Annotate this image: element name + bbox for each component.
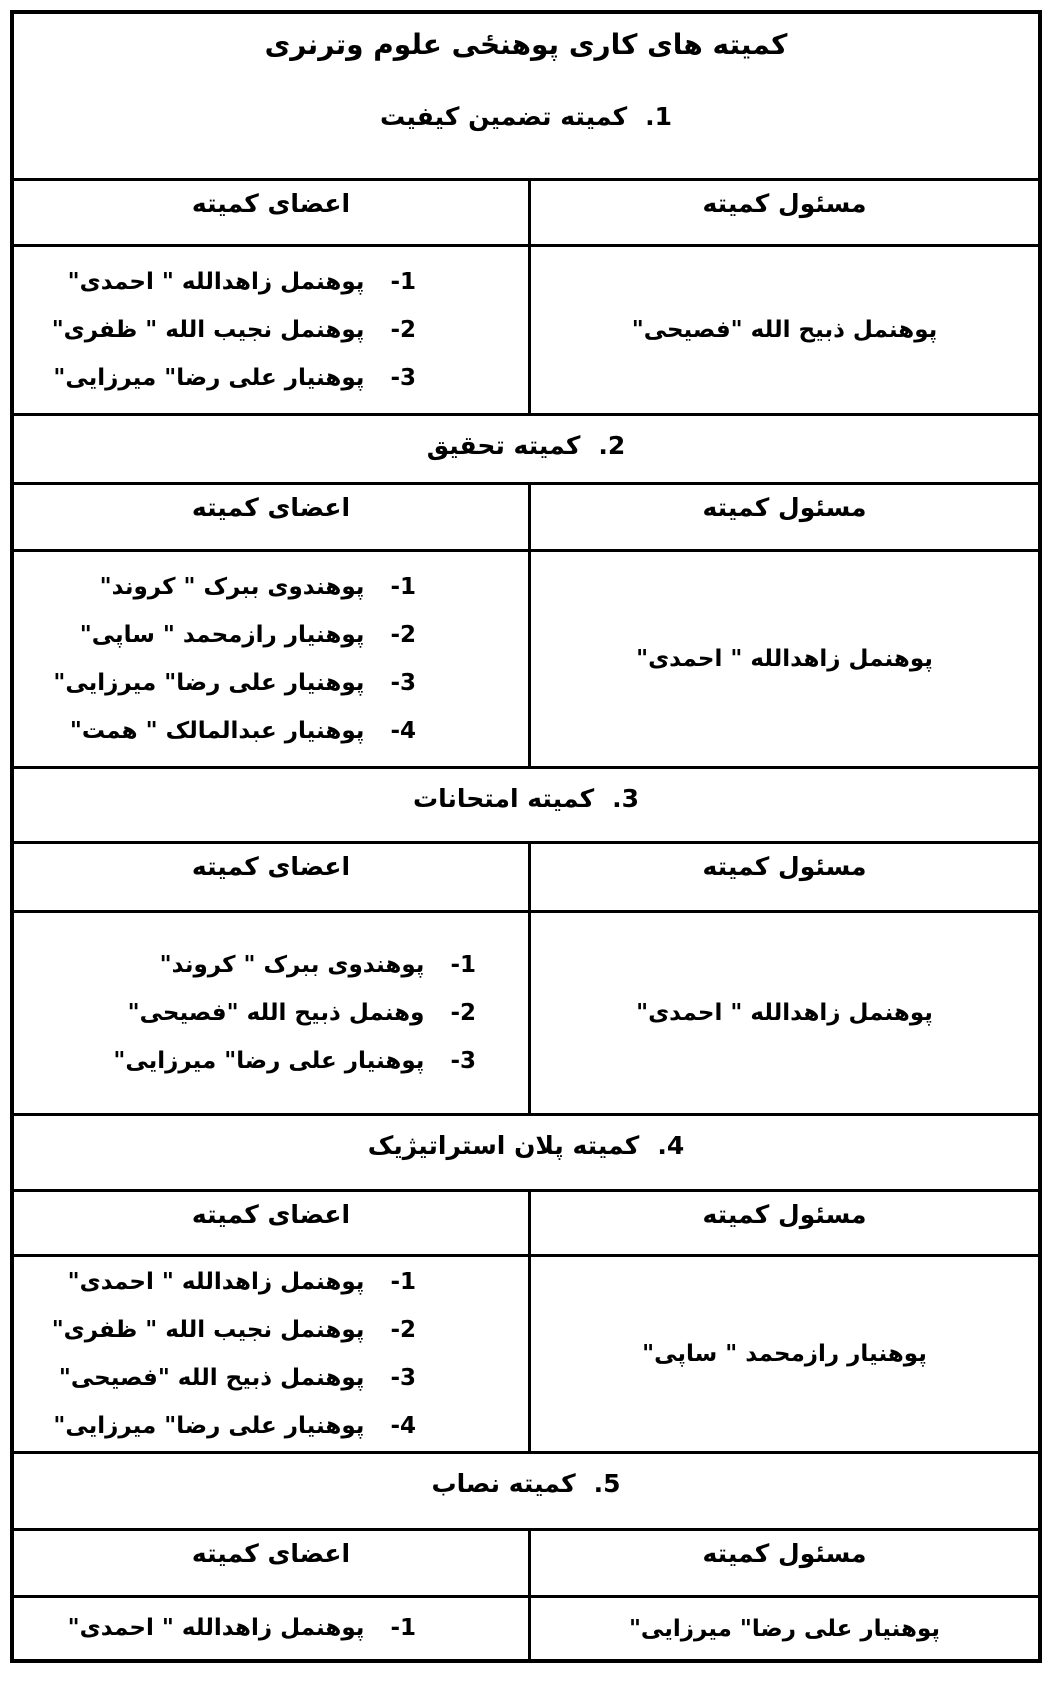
committee-4-heading: 4. کمیته پلان استراتیژیک [14, 1131, 1038, 1161]
member-name: پوهنمل زاهدالله " احمدی" [68, 1614, 365, 1643]
head-header-label: مسئول کمیته [702, 844, 866, 881]
members-header-label: اعضای کمیته [14, 1192, 528, 1254]
member-row: 2- وهنمل ذبیح الله "فصیحی" [14, 999, 528, 1028]
member-row: 2- پوهنمل نجیب الله " ظفری" [14, 316, 528, 345]
member-row: 3- پوهنیار علی رضا" میرزایی" [14, 1047, 528, 1076]
member-name: وهنمل ذبیح الله "فصیحی" [128, 999, 425, 1028]
member-name: پوهندوی ببرک " کروند" [100, 573, 365, 602]
member-name: پوهنمل زاهدالله " احمدی" [68, 1268, 365, 1297]
head-header-label: مسئول کمیته [702, 485, 866, 522]
members-cell: 1- پوهنمل زاهدالله " احمدی" 2- پوهنمل نج… [14, 247, 528, 413]
members-header-label: اعضای کمیته [14, 1531, 528, 1595]
member-row: 3- پوهنمل ذبیح الله "فصیحی" [14, 1364, 528, 1393]
members-header-label: اعضای کمیته [14, 181, 528, 244]
committee-3-heading: 3. کمیته امتحانات [14, 784, 1038, 814]
member-name: پوهنیار عبدالمالک " همت" [70, 717, 365, 746]
section-number: 3. [612, 784, 639, 814]
member-row: 2- پوهنمل نجیب الله " ظفری" [14, 1316, 528, 1345]
member-name: پوهنیار علی رضا" میرزایی" [113, 1047, 424, 1076]
member-number: 1- [390, 1268, 416, 1297]
member-row: 3- پوهنیار علی رضا" میرزایی" [14, 669, 528, 698]
member-name: پوهنمل نجیب الله " ظفری" [52, 1316, 365, 1345]
member-row: 4- پوهنیار عبدالمالک " همت" [14, 717, 528, 746]
committee-5-body-row: 1- پوهنمل زاهدالله " احمدی" پوهنیار علی … [14, 1595, 1038, 1659]
section-name: کمیته پلان استراتیژیک [368, 1131, 640, 1161]
members-cell: 1- پوهندوی ببرک " کروند" 2- وهنمل ذبیح ا… [14, 913, 528, 1113]
member-number: 3- [390, 364, 416, 393]
section-name: کمیته امتحانات [413, 784, 594, 814]
member-number: 1- [390, 573, 416, 602]
head-header-label: مسئول کمیته [702, 1192, 866, 1229]
members-cell: 1- پوهنمل زاهدالله " احمدی" [14, 1598, 528, 1659]
document-title: کمیته های کاری پوهنځی علوم وترنری [14, 28, 1038, 62]
committee-4-heading-row: 4. کمیته پلان استراتیژیک [14, 1113, 1038, 1189]
member-number: 4- [390, 1412, 416, 1441]
head-cell: پوهنیار علی رضا" میرزایی" [528, 1598, 1038, 1659]
committee-2-body-row: 1- پوهندوی ببرک " کروند" 2- پوهنیار رازم… [14, 549, 1038, 766]
head-cell: پوهنمل زاهدالله " احمدی" [528, 552, 1038, 766]
member-row: 1- پوهنمل زاهدالله " احمدی" [14, 1614, 528, 1643]
member-name: پوهنمل زاهدالله " احمدی" [68, 268, 365, 297]
title-cell: کمیته های کاری پوهنځی علوم وترنری 1. کمی… [14, 28, 1038, 178]
members-header-label: اعضای کمیته [14, 485, 528, 549]
member-number: 3- [390, 669, 416, 698]
section-number: 1. [645, 102, 672, 132]
committee-4-header-row: اعضای کمیته مسئول کمیته [14, 1189, 1038, 1254]
head-cell: پوهنمل زاهدالله " احمدی" [528, 913, 1038, 1113]
members-cell: 1- پوهندوی ببرک " کروند" 2- پوهنیار رازم… [14, 552, 528, 766]
section-number: 5. [594, 1469, 621, 1499]
member-number: 2- [390, 621, 416, 650]
committees-table: کمیته های کاری پوهنځی علوم وترنری 1. کمی… [10, 10, 1042, 1663]
member-row: 1- پوهندوی ببرک " کروند" [14, 951, 528, 980]
member-row: 3- پوهنیار علی رضا" میرزایی" [14, 364, 528, 393]
member-name: پوهنمل ذبیح الله "فصیحی" [59, 1364, 365, 1393]
member-row: 1- پوهنمل زاهدالله " احمدی" [14, 1268, 528, 1297]
section-name: کمیته تحقیق [427, 431, 581, 461]
member-name: پوهنیار علی رضا" میرزایی" [53, 364, 364, 393]
committee-5-heading-row: 5. کمیته نصاب [14, 1451, 1038, 1528]
member-number: 2- [450, 999, 476, 1028]
member-number: 1- [390, 268, 416, 297]
member-row: 2- پوهنیار رازمحمد " ساپی" [14, 621, 528, 650]
head-name: پوهنمل زاهدالله " احمدی" [636, 1000, 933, 1026]
member-number: 3- [390, 1364, 416, 1393]
member-number: 4- [390, 717, 416, 746]
member-row: 1- پوهنمل زاهدالله " احمدی" [14, 268, 528, 297]
committee-2-heading: 2. کمیته تحقیق [14, 431, 1038, 461]
committee-2-header-row: اعضای کمیته مسئول کمیته [14, 482, 1038, 549]
section-name: کمیته نصاب [432, 1469, 576, 1499]
head-name: پوهنیار علی رضا" میرزایی" [629, 1616, 940, 1642]
committee-1-header-row: اعضای کمیته مسئول کمیته [14, 178, 1038, 244]
committee-5-heading: 5. کمیته نصاب [14, 1469, 1038, 1499]
document-page: کمیته های کاری پوهنځی علوم وترنری 1. کمی… [0, 0, 1052, 1702]
committee-2-heading-row: 2. کمیته تحقیق [14, 413, 1038, 482]
head-cell: پوهنمل ذبیح الله "فصیحی" [528, 247, 1038, 413]
member-number: 1- [390, 1614, 416, 1643]
committee-3-heading-row: 3. کمیته امتحانات [14, 766, 1038, 841]
member-number: 2- [390, 1316, 416, 1345]
member-number: 2- [390, 316, 416, 345]
member-row: 1- پوهندوی ببرک " کروند" [14, 573, 528, 602]
members-header-label: اعضای کمیته [14, 844, 528, 910]
members-cell: 1- پوهنمل زاهدالله " احمدی" 2- پوهنمل نج… [14, 1257, 528, 1451]
committee-3-body-row: 1- پوهندوی ببرک " کروند" 2- وهنمل ذبیح ا… [14, 910, 1038, 1113]
member-name: پوهنمل نجیب الله " ظفری" [52, 316, 365, 345]
member-row: 4- پوهنیار علی رضا" میرزایی" [14, 1412, 528, 1441]
member-name: پوهنیار علی رضا" میرزایی" [53, 1412, 364, 1441]
committee-5-header-row: اعضای کمیته مسئول کمیته [14, 1528, 1038, 1595]
head-header-label: مسئول کمیته [702, 1531, 866, 1568]
section-name: کمیته تضمین کیفیت [380, 102, 627, 132]
head-header-label: مسئول کمیته [702, 181, 866, 218]
head-name: پوهنیار رازمحمد " ساپی" [642, 1341, 927, 1367]
committee-1-body-row: 1- پوهنمل زاهدالله " احمدی" 2- پوهنمل نج… [14, 244, 1038, 413]
committee-4-body-row: 1- پوهنمل زاهدالله " احمدی" 2- پوهنمل نج… [14, 1254, 1038, 1451]
member-name: پوهندوی ببرک " کروند" [160, 951, 425, 980]
head-cell: پوهنیار رازمحمد " ساپی" [528, 1257, 1038, 1451]
member-name: پوهنیار رازمحمد " ساپی" [80, 621, 365, 650]
member-number: 1- [450, 951, 476, 980]
head-name: پوهنمل ذبیح الله "فصیحی" [632, 317, 938, 343]
member-number: 3- [450, 1047, 476, 1076]
committee-3-header-row: اعضای کمیته مسئول کمیته [14, 841, 1038, 910]
committee-1-heading: 1. کمیته تضمین کیفیت [14, 102, 1038, 132]
member-name: پوهنیار علی رضا" میرزایی" [53, 669, 364, 698]
head-name: پوهنمل زاهدالله " احمدی" [636, 646, 933, 672]
section-number: 4. [657, 1131, 684, 1161]
section-number: 2. [598, 431, 625, 461]
